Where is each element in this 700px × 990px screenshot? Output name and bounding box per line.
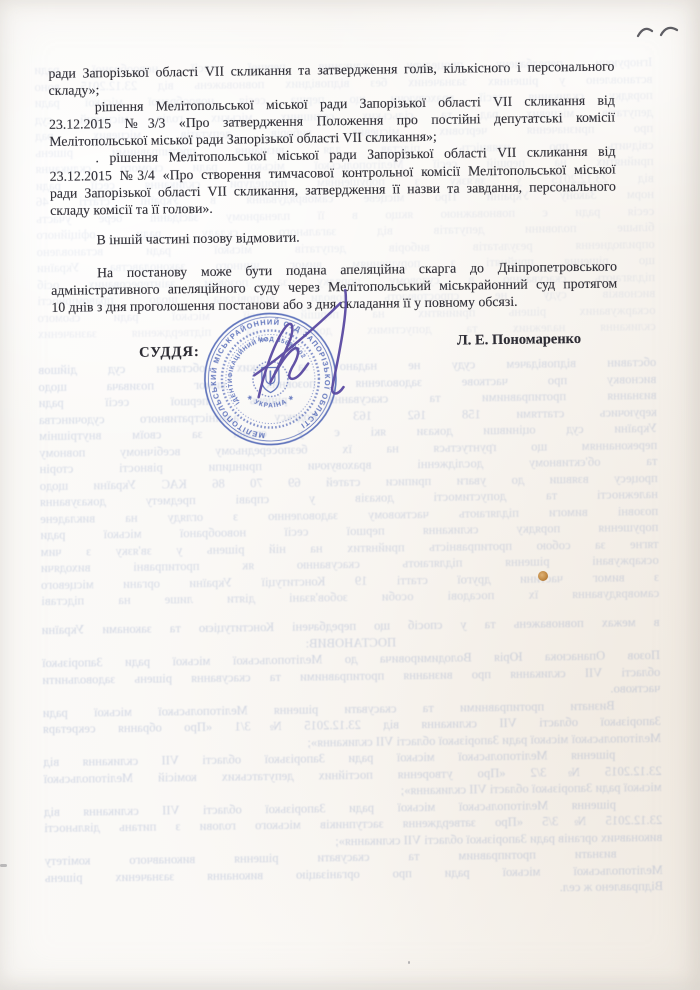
paragraph: ради Запорізької області VII скликання т…	[48, 58, 616, 219]
paragraph: В іншій частині позову відмовити.	[50, 224, 616, 249]
judge-signature	[230, 278, 364, 412]
text-line: В іншій частині позову відмовити.	[50, 224, 616, 249]
scanned-content: Ігноруючи передбачену процедуру скликанн…	[0, 0, 700, 990]
ink-stain	[538, 571, 548, 581]
document-page: Ігноруючи передбачену процедуру скликанн…	[0, 0, 700, 990]
dust-speck	[408, 961, 410, 964]
judge-name: Л. Е. Пономаренко	[457, 331, 581, 350]
judge-label: СУДДЯ:	[139, 344, 200, 362]
edge-speck	[0, 864, 7, 867]
pen-marks	[634, 22, 682, 44]
bleed-through-text: в межах повноважень та у спосіб що перед…	[42, 614, 664, 903]
